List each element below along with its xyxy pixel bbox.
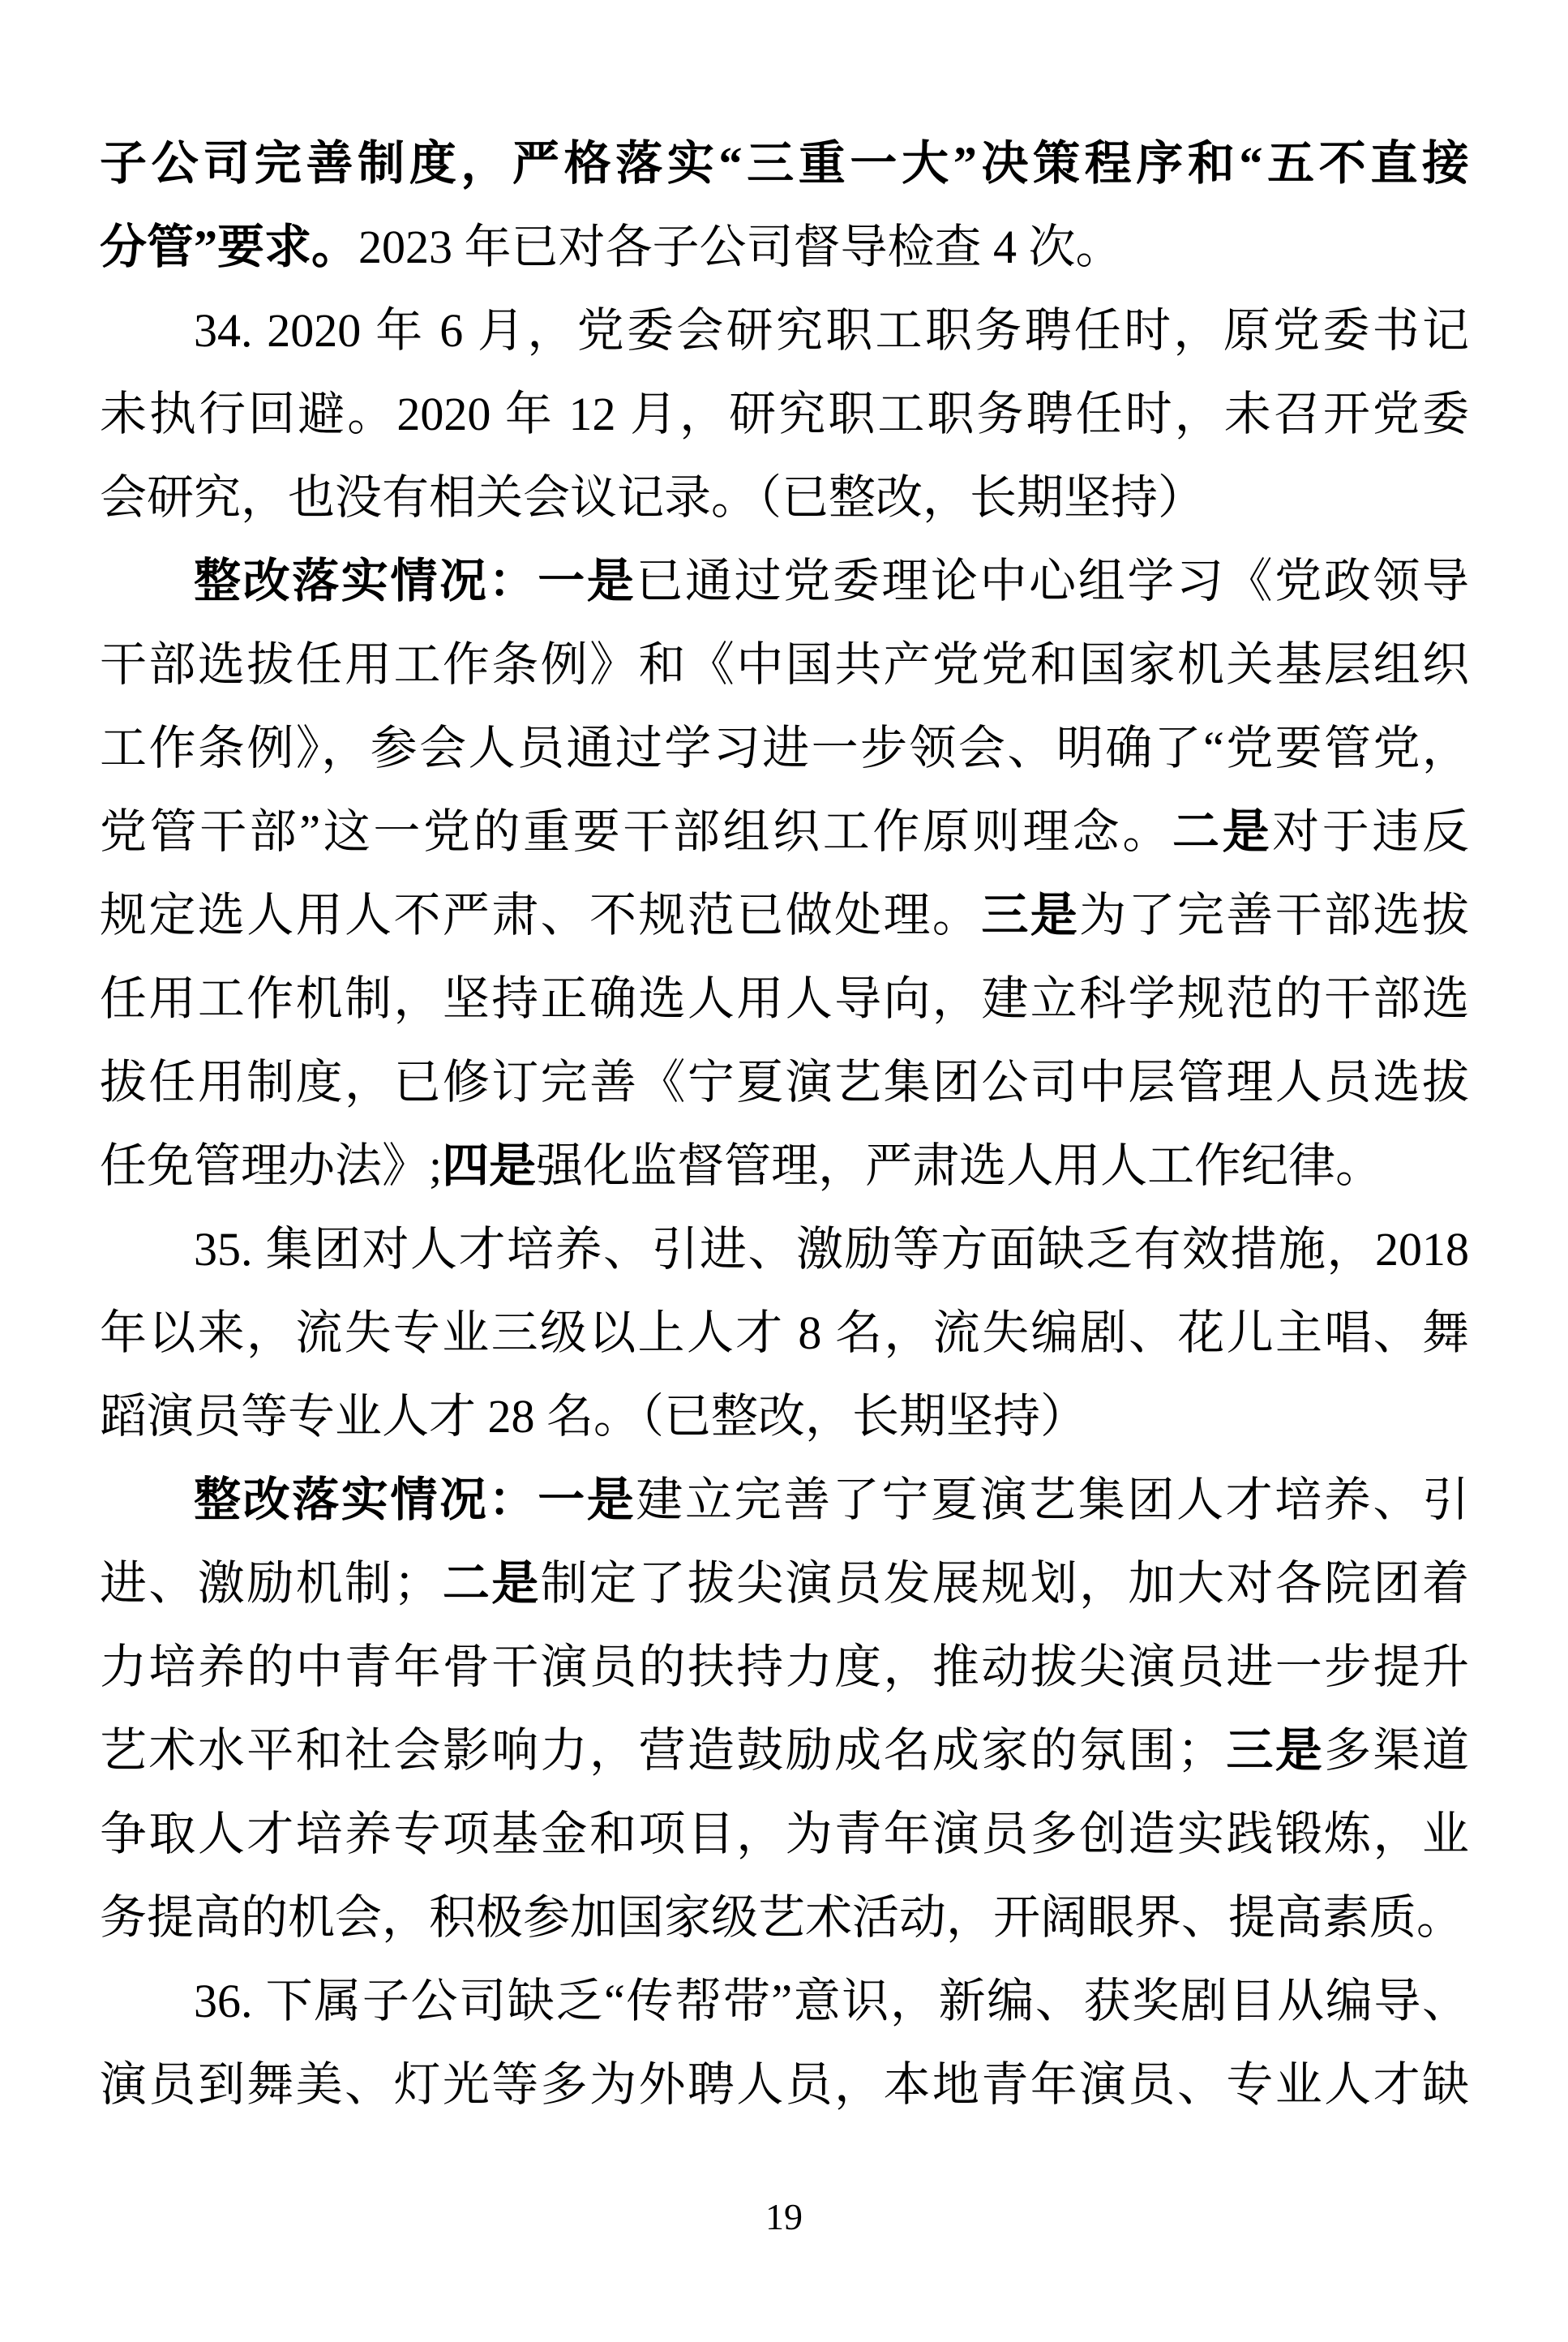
text-line: 未执行回避。2020 年 12 月，研究职工职务聘任时，未召开党委 <box>100 372 1469 456</box>
text-line: 分管”要求。2023 年已对各子公司督导检查 4 次。 <box>100 205 1469 289</box>
text-segment: 任用工作机制，坚持正确选人用人导向，建立科学规范的干部选 <box>100 972 1469 1025</box>
text-line: 演员到舞美、灯光等多为外聘人员，本地青年演员、专业人才缺 <box>100 2043 1469 2126</box>
text-segment: 强化监督管理，严肃选人用人工作纪律。 <box>536 1139 1382 1192</box>
text-segment: 三是 <box>1224 1724 1324 1777</box>
text-segment: 34. 2020 年 6 月，党委会研究职工职务聘任时，原党委书记 <box>194 304 1469 357</box>
text-line: 任用工作机制，坚持正确选人用人导向，建立科学规范的干部选 <box>100 957 1469 1040</box>
text-segment: 未执行回避。2020 年 12 月，研究职工职务聘任时，未召开党委 <box>100 388 1469 440</box>
text-line: 工作条例》，参会人员通过学习进一步领会、明确了“党要管党， <box>100 706 1469 790</box>
text-line: 任免管理办法》;四是强化监督管理，严肃选人用人工作纪律。 <box>100 1124 1469 1207</box>
text-line: 艺术水平和社会影响力，营造鼓励成名成家的氛围；三是多渠道 <box>100 1709 1469 1792</box>
text-segment: 二是 <box>1172 805 1272 858</box>
text-line: 干部选拔任用工作条例》和《中国共产党党和国家机关基层组织 <box>100 623 1469 706</box>
text-segment: 35. 集团对人才培养、引进、激励等方面缺乏有效措施，2018 <box>194 1223 1469 1276</box>
text-line: 争取人才培养专项基金和项目，为青年演员多创造实践锻炼，业 <box>100 1792 1469 1876</box>
text-line: 36. 下属子公司缺乏“传帮带”意识，新编、获奖剧目从编导、 <box>100 1959 1469 2043</box>
text-segment: 力培养的中青年骨干演员的扶持力度，推动拔尖演员进一步提升 <box>100 1641 1469 1693</box>
text-segment: 拔任用制度，已修订完善《宁夏演艺集团公司中层管理人员选拔 <box>100 1056 1469 1109</box>
text-line: 党管干部”这一党的重要干部组织工作原则理念。二是对于违反 <box>100 790 1469 873</box>
document-body: 子公司完善制度，严格落实“三重一大”决策程序和“五不直接分管”要求。2023 年… <box>100 122 1469 2126</box>
page-footer: 19 <box>0 2194 1568 2240</box>
text-segment: 年以来，流失专业三级以上人才 8 名，流失编剧、花儿主唱、舞 <box>100 1306 1469 1359</box>
text-line: 力培养的中青年骨干演员的扶持力度，推动拔尖演员进一步提升 <box>100 1625 1469 1709</box>
text-line: 整改落实情况：一是已通过党委理论中心组学习《党政领导 <box>100 539 1469 623</box>
text-segment: 艺术水平和社会影响力，营造鼓励成名成家的氛围； <box>100 1724 1224 1777</box>
text-line: 34. 2020 年 6 月，党委会研究职工职务聘任时，原党委书记 <box>100 289 1469 372</box>
text-line: 年以来，流失专业三级以上人才 8 名，流失编剧、花儿主唱、舞 <box>100 1291 1469 1375</box>
text-line: 规定选人用人不严肃、不规范已做处理。三是为了完善干部选拔 <box>100 873 1469 957</box>
text-segment: 干部选拔任用工作条例》和《中国共产党党和国家机关基层组织 <box>100 638 1469 691</box>
text-segment: 36. 下属子公司缺乏“传帮带”意识，新编、获奖剧目从编导、 <box>194 1975 1469 2027</box>
text-segment: 整改落实情况：一是 <box>194 555 636 607</box>
text-segment: 建立完善了宁夏演艺集团人才培养、引 <box>636 1473 1469 1526</box>
text-line: 整改落实情况：一是建立完善了宁夏演艺集团人才培养、引 <box>100 1458 1469 1542</box>
text-segment: 2023 年已对各子公司督导检查 4 次。 <box>358 221 1123 273</box>
page-number: 19 <box>765 2196 803 2237</box>
text-segment: 争取人才培养专项基金和项目，为青年演员多创造实践锻炼，业 <box>100 1808 1469 1860</box>
text-segment: 对于违反 <box>1272 805 1469 858</box>
text-line: 进、激励机制；二是制定了拔尖演员发展规划，加大对各院团着 <box>100 1542 1469 1625</box>
text-segment: 工作条例》，参会人员通过学习进一步领会、明确了“党要管党， <box>100 722 1469 774</box>
text-segment: 规定选人用人不严肃、不规范已做处理。 <box>100 889 981 942</box>
text-segment: 已通过党委理论中心组学习《党政领导 <box>636 555 1469 607</box>
text-segment: 演员到舞美、灯光等多为外聘人员，本地青年演员、专业人才缺 <box>100 2058 1469 2111</box>
text-line: 蹈演员等专业人才 28 名。（已整改，长期坚持） <box>100 1375 1469 1458</box>
document-page: 子公司完善制度，严格落实“三重一大”决策程序和“五不直接分管”要求。2023 年… <box>0 0 1568 2342</box>
text-segment: 会研究，也没有相关会议记录。（已整改，长期坚持） <box>100 471 1205 524</box>
text-segment: 分管”要求。 <box>100 221 358 273</box>
text-line: 35. 集团对人才培养、引进、激励等方面缺乏有效措施，2018 <box>100 1207 1469 1291</box>
text-segment: 制定了拔尖演员发展规划，加大对各院团着 <box>541 1557 1469 1610</box>
text-segment: 进、激励机制； <box>100 1557 440 1610</box>
text-segment: 四是 <box>442 1139 536 1192</box>
text-segment: 子公司完善制度，严格落实“三重一大”决策程序和“五不直接 <box>100 137 1469 190</box>
text-segment: 为了完善干部选拔 <box>1079 889 1469 942</box>
text-segment: 二是 <box>440 1557 540 1610</box>
text-segment: 整改落实情况：一是 <box>194 1473 636 1526</box>
text-segment: 任免管理办法》; <box>100 1139 442 1192</box>
text-line: 拔任用制度，已修订完善《宁夏演艺集团公司中层管理人员选拔 <box>100 1040 1469 1124</box>
text-line: 子公司完善制度，严格落实“三重一大”决策程序和“五不直接 <box>100 122 1469 205</box>
text-line: 会研究，也没有相关会议记录。（已整改，长期坚持） <box>100 456 1469 539</box>
text-segment: 多渠道 <box>1324 1724 1469 1777</box>
text-line: 务提高的机会，积极参加国家级艺术活动，开阔眼界、提高素质。 <box>100 1876 1469 1959</box>
text-segment: 党管干部”这一党的重要干部组织工作原则理念。 <box>100 805 1172 858</box>
text-segment: 务提高的机会，积极参加国家级艺术活动，开阔眼界、提高素质。 <box>100 1891 1463 1944</box>
text-segment: 蹈演员等专业人才 28 名。（已整改，长期坚持） <box>100 1390 1087 1443</box>
text-segment: 三是 <box>981 889 1079 942</box>
